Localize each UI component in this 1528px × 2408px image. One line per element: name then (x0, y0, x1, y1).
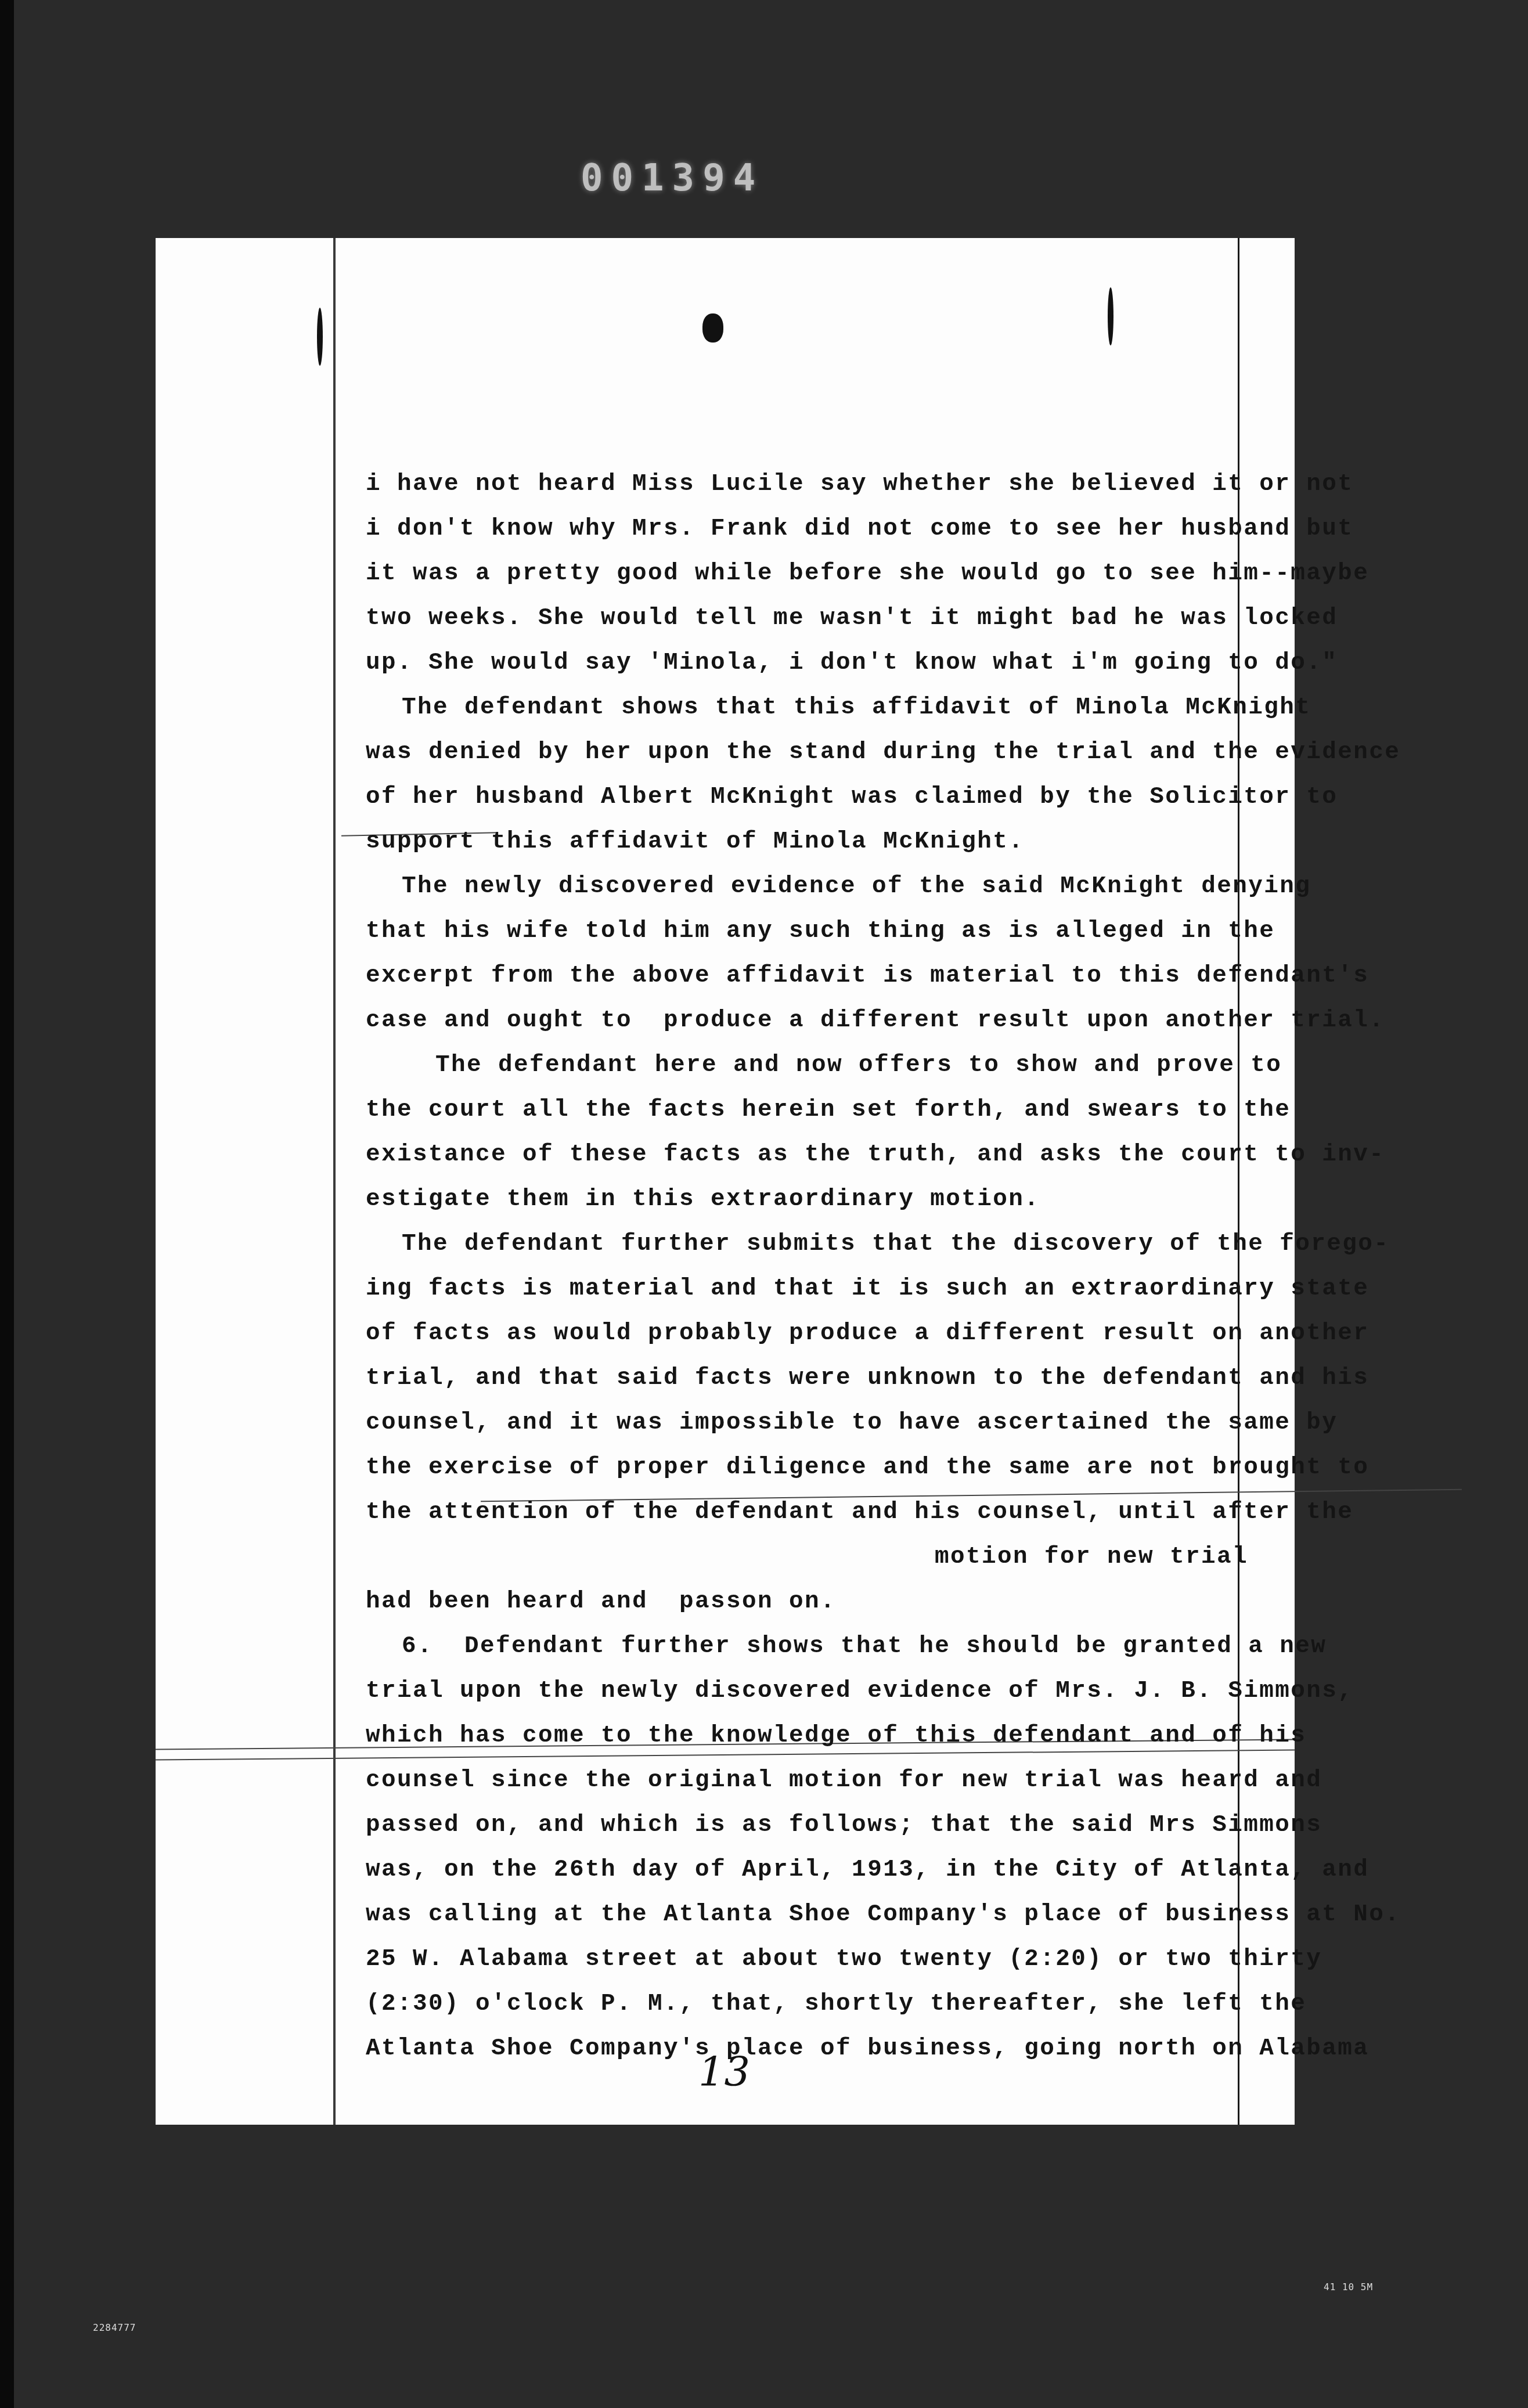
text-line: the attention of the defendant and his c… (366, 1498, 1353, 1526)
text-line: 25 W. Alabama street at about two twenty… (366, 1945, 1322, 1973)
text-line: the court all the facts herein set forth… (366, 1096, 1291, 1124)
text-line: the exercise of proper diligence and the… (366, 1454, 1369, 1481)
text-line: had been heard and passon on. (366, 1588, 836, 1616)
text-line: The defendant shows that this affidavit … (402, 694, 1311, 722)
text-line: excerpt from the above affidavit is mate… (366, 962, 1369, 990)
text-line: was, on the 26th day of April, 1913, in … (366, 1856, 1369, 1884)
text-line: was denied by her upon the stand during … (366, 738, 1400, 766)
text-line: counsel since the original motion for ne… (366, 1767, 1322, 1794)
film-code-bottom-right: 41 10 5M (1324, 2281, 1373, 2292)
text-line: 6. Defendant further shows that he shoul… (402, 1632, 1327, 1660)
text-line: was calling at the Atlanta Shoe Company'… (366, 1901, 1400, 1928)
frame-number: 001394 (581, 157, 763, 200)
document-page: i have not heard Miss Lucile say whether… (156, 238, 1295, 2125)
film-code-bottom-left: 2284777 (93, 2322, 136, 2333)
text-line: motion for new trial (935, 1543, 1248, 1571)
text-line: support this affidavit of Minola McKnigh… (366, 828, 1024, 856)
text-line: estigate them in this extraordinary moti… (366, 1185, 1040, 1213)
punch-hole-mark-right (1108, 287, 1113, 345)
text-line: which has come to the knowledge of this … (366, 1722, 1306, 1750)
text-line: it was a pretty good while before she wo… (366, 560, 1369, 587)
left-margin-rule (333, 238, 336, 2125)
text-line: trial, and that said facts were unknown … (366, 1364, 1369, 1392)
text-line: The defendant here and now offers to sho… (435, 1051, 1282, 1079)
text-line: counsel, and it was impossible to have a… (366, 1409, 1338, 1437)
text-line: existance of these facts as the truth, a… (366, 1141, 1385, 1169)
text-line: that his wife told him any such thing as… (366, 917, 1275, 945)
punch-hole-mark-left (317, 308, 323, 366)
handwritten-page-number: 13 (698, 2048, 750, 2096)
text-line: of her husband Albert McKnight was claim… (366, 783, 1338, 811)
text-line: Atlanta Shoe Company's place of business… (366, 2035, 1369, 2063)
text-line: ing facts is material and that it is suc… (366, 1275, 1369, 1303)
text-line: trial upon the newly discovered evidence… (366, 1677, 1353, 1705)
text-line: i have not heard Miss Lucile say whether… (366, 470, 1353, 498)
text-line: case and ought to produce a different re… (366, 1007, 1385, 1034)
text-line: The newly discovered evidence of the sai… (402, 873, 1311, 900)
text-line: (2:30) o'clock P. M., that, shortly ther… (366, 1990, 1306, 2018)
text-line: up. She would say 'Minola, i don't know … (366, 649, 1338, 677)
text-line: passed on, and which is as follows; that… (366, 1811, 1322, 1839)
ink-blot-mark (702, 313, 723, 343)
text-line: two weeks. She would tell me wasn't it m… (366, 604, 1338, 632)
text-line: of facts as would probably produce a dif… (366, 1320, 1369, 1347)
text-line: i don't know why Mrs. Frank did not come… (366, 515, 1353, 543)
text-line: The defendant further submits that the d… (402, 1230, 1389, 1258)
strike-line (156, 1749, 1295, 1760)
